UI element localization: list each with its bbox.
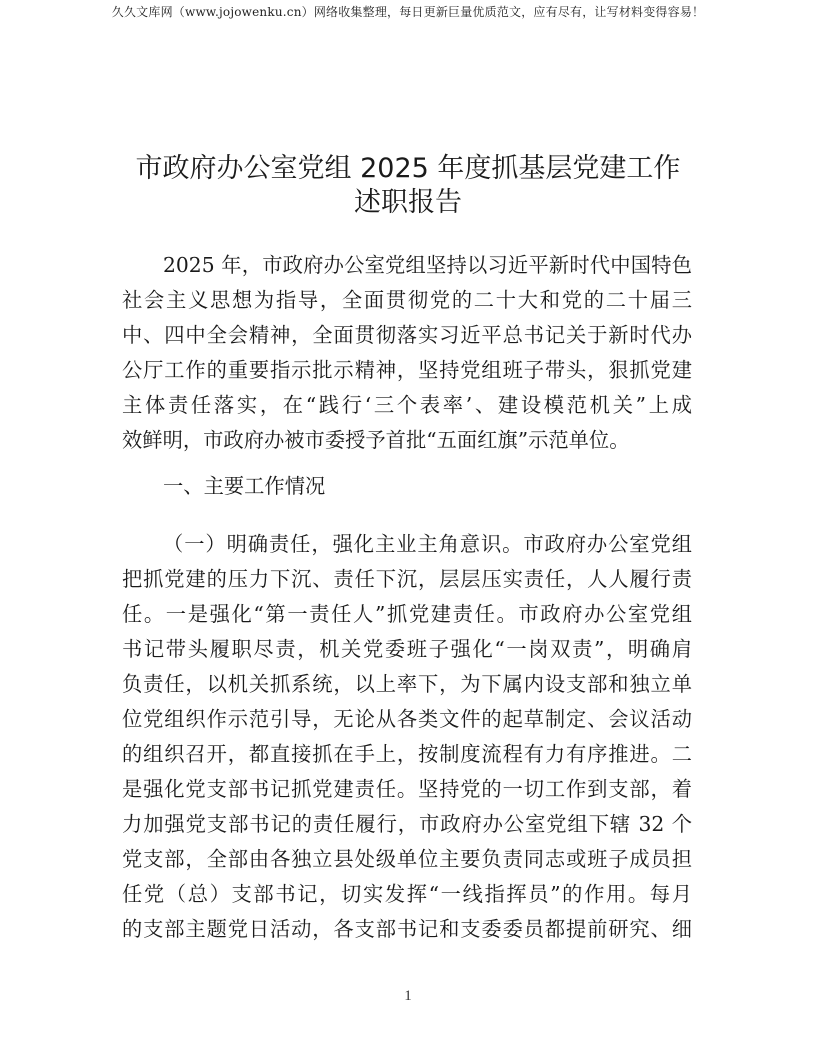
paragraph-line: 任党（总）支部书记，切实发挥“一线指挥员”的作用。每月 xyxy=(122,877,692,912)
paragraph-line: 负责任，以机关抓系统，以上率下，为下属内设支部和独立单 xyxy=(122,667,692,702)
intro-paragraph: 2025 年，市政府办公室党组坚持以习近平新时代中国特色 社会主义思想为指导，全… xyxy=(122,248,692,458)
header-watermark-note: 久久文库网（www.jojowenku.cn）网络收集整理，每日更新巨量优质范文… xyxy=(0,3,816,20)
paragraph-line: 公厅工作的重要指示批示精神，坚持党组班子带头，狠抓党建 xyxy=(122,353,692,388)
paragraph-line: 的组织召开，都直接抓在手上，按制度流程有力有序推进。二 xyxy=(122,737,692,772)
paragraph-line: 把抓党建的压力下沉、责任下沉，层层压实责任，人人履行责 xyxy=(122,562,692,597)
paragraph-line: 党支部，全部由各独立县处级单位主要负责同志或班子成员担 xyxy=(122,842,692,877)
paragraph-line: 2025 年，市政府办公室党组坚持以习近平新时代中国特色 xyxy=(122,248,692,283)
paragraph-line: 中、四中全会精神，全面贯彻落实习近平总书记关于新时代办 xyxy=(122,318,692,353)
document-title: 市政府办公室党组 2025 年度抓基层党建工作 述职报告 xyxy=(0,152,816,220)
paragraph-line: 任。一是强化“第一责任人”抓党建责任。市政府办公室党组 xyxy=(122,597,692,632)
title-line-1: 市政府办公室党组 2025 年度抓基层党建工作 xyxy=(0,152,816,186)
paragraph-line: 效鲜明，市政府办被市委授予首批“五面红旗”示范单位。 xyxy=(122,423,692,458)
paragraph-line: 社会主义思想为指导，全面贯彻党的二十大和党的二十届三 xyxy=(122,283,692,318)
title-line-2: 述职报告 xyxy=(0,186,816,220)
section-heading-text: 一、主要工作情况 xyxy=(122,469,692,504)
paragraph-line: 主体责任落实，在“践行‘三个表率’、建设模范机关”上成 xyxy=(122,388,692,423)
subsection-paragraph-1: （一）明确责任，强化主业主角意识。市政府办公室党组 把抓党建的压力下沉、责任下沉… xyxy=(122,527,692,947)
paragraph-line: 位党组织作示范引导，无论从各类文件的起草制定、会议活动 xyxy=(122,702,692,737)
paragraph-line: 力加强党支部书记的责任履行，市政府办公室党组下辖 32 个 xyxy=(122,807,692,842)
paragraph-line: （一）明确责任，强化主业主角意识。市政府办公室党组 xyxy=(122,527,692,562)
paragraph-line: 是强化党支部书记抓党建责任。坚持党的一切工作到支部，着 xyxy=(122,772,692,807)
section-heading-1: 一、主要工作情况 xyxy=(122,469,692,504)
paragraph-line: 的支部主题党日活动，各支部书记和支委委员都提前研究、细 xyxy=(122,912,692,947)
page-number: 1 xyxy=(0,988,816,1005)
paragraph-line: 书记带头履职尽责，机关党委班子强化“一岗双责”，明确肩 xyxy=(122,632,692,667)
